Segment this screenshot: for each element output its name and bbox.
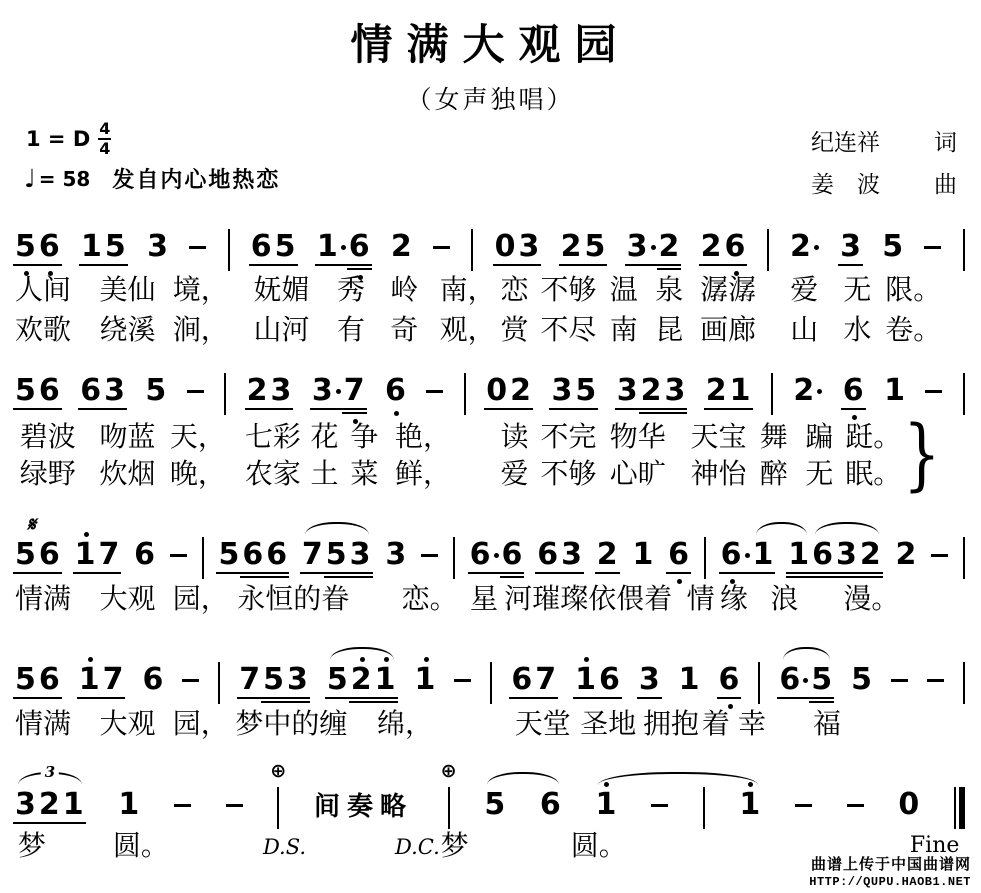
beam-underline <box>639 412 664 414</box>
note: 1 <box>118 790 139 820</box>
beam-underline <box>216 572 241 574</box>
note-number: 6 <box>39 665 60 695</box>
beat-group <box>651 790 668 807</box>
lyric-row: 情满大观园，永恒的眷恋。星河璀璨依偎着情缘浪漫。 <box>15 585 965 617</box>
barline <box>703 787 705 829</box>
beat-group: 2 <box>391 232 412 262</box>
note-number: 6 <box>385 376 406 406</box>
lyric-syllable: 着 <box>702 710 730 738</box>
duration-dash <box>891 679 908 682</box>
lyricist-name: 纪连祥 <box>811 124 880 157</box>
note-number: 1 <box>679 665 700 695</box>
duration-dash <box>170 554 187 557</box>
beat-group: 2 <box>896 540 917 570</box>
barline <box>228 229 230 271</box>
barline <box>464 373 466 415</box>
lyric-syllable: 情 <box>687 585 715 613</box>
note-number: 3 <box>551 376 572 406</box>
composer-row: 姜 波 曲 <box>811 166 957 199</box>
beam-underline <box>834 572 859 574</box>
duration-dash <box>182 679 199 682</box>
lyric-syllable: 梦 <box>18 832 46 860</box>
beat-group: 6 <box>142 665 163 695</box>
beat-group: 321 <box>15 790 84 820</box>
beat-group: 323 <box>617 376 686 406</box>
octave-dot-below <box>394 411 399 416</box>
beat-group: 753 <box>239 665 308 695</box>
beat-group: 26 <box>701 232 746 262</box>
duration-dash <box>651 804 668 807</box>
beat-group: 32 <box>627 232 680 262</box>
beat-group <box>924 232 941 249</box>
beam-underline <box>509 697 534 699</box>
note: 2 <box>860 540 881 570</box>
note: 1 <box>679 665 700 695</box>
lyric-syllable: 情满 <box>15 585 71 613</box>
note-number: 5 <box>275 232 296 262</box>
lyric-syllable: 美仙 <box>100 276 156 304</box>
note-number: 1 <box>415 665 436 695</box>
note-number: 1 <box>75 540 96 570</box>
lyric-syllable: 七彩 <box>245 423 301 451</box>
beam-underline <box>717 697 742 699</box>
beam-underline <box>245 408 270 410</box>
sheet-music-page: 情满大观园 （女声独唱） 1 = D 4 4 ♩ = 58 发自内心地热恋 纪连… <box>0 0 981 893</box>
octave-dot-below <box>677 579 682 584</box>
beam-underline <box>719 572 752 574</box>
lyric-syllable: 物华 <box>610 423 666 451</box>
note-number: 6 <box>812 540 833 570</box>
note-number: 6 <box>242 540 263 570</box>
beam-underline <box>237 697 262 699</box>
lyric-syllable: 山河 <box>253 316 309 344</box>
beam-underline <box>240 576 265 578</box>
beat-group: 6 <box>719 665 740 695</box>
lyric-syllable: 山 <box>790 316 818 344</box>
augmentation-dot <box>745 553 750 558</box>
beat-group: 3 <box>840 232 861 262</box>
beat-group: 16 <box>317 232 370 262</box>
beat-group: 6 <box>540 790 561 820</box>
note-number: 3 <box>287 665 308 695</box>
lyric-syllable: 观， <box>440 316 496 344</box>
beat-group: 1 <box>679 665 700 695</box>
note-number: 6 <box>142 665 163 695</box>
beam-underline <box>273 264 298 266</box>
lyric-syllable: 潺潺 <box>700 276 756 304</box>
note-number: 7 <box>98 540 119 570</box>
note: 6 <box>537 540 558 570</box>
beat-group: 3 <box>639 665 660 695</box>
beat-group: 1632 <box>788 540 881 570</box>
beat-group: 2 <box>793 376 822 406</box>
beam-underline <box>13 264 38 266</box>
beat-group <box>758 665 760 704</box>
lyric-syllable: 跹。 <box>845 423 901 451</box>
duration-dash <box>174 804 191 807</box>
lyric-syllable: 赏 <box>500 316 528 344</box>
note-number: 2 <box>510 376 531 406</box>
lyric-syllable: 不够 <box>540 460 596 488</box>
beam-underline <box>777 697 810 699</box>
beam-underline <box>73 572 98 574</box>
note: 3 <box>627 232 656 262</box>
note: 6 <box>385 376 406 406</box>
lyric-syllable: D.C. <box>395 832 440 858</box>
note: 6 <box>668 540 689 570</box>
duration-dash <box>795 804 812 807</box>
time-signature-bottom: 4 <box>99 141 110 157</box>
beam-underline <box>269 408 294 410</box>
note-number: 2 <box>561 232 582 262</box>
note: 2 <box>39 790 60 820</box>
music-system-1: 561536516203253226235人间美仙境，妩媚秀岭南，恋不够温泉潺潺… <box>15 232 965 278</box>
beam-underline <box>13 408 38 410</box>
beat-group <box>963 376 965 415</box>
duration-dash <box>189 246 206 249</box>
note-number: 3 <box>639 665 660 695</box>
note: 6 <box>39 376 60 406</box>
augmentation-dot <box>494 553 499 558</box>
beam-underline <box>285 701 310 703</box>
lyric-syllable: 天， <box>170 423 226 451</box>
beat-group <box>703 790 705 829</box>
octave-dot-above <box>88 657 93 662</box>
beat-group: 56 <box>15 232 60 262</box>
note-number: 6 <box>721 540 742 570</box>
lyric-syllable: 大观 <box>100 710 156 738</box>
duration-dash <box>925 390 942 393</box>
note-number: 2 <box>247 376 268 406</box>
barline <box>767 229 769 271</box>
note-number: 5 <box>575 376 596 406</box>
note-number: 3 <box>104 376 125 406</box>
note: 2 <box>561 232 582 262</box>
note-number: 6 <box>725 232 746 262</box>
lyric-syllable: 天宝 <box>690 423 746 451</box>
beat-group: 17 <box>79 665 124 695</box>
note-number: 2 <box>790 232 811 262</box>
beat-group <box>471 232 473 271</box>
beam-underline <box>500 572 525 574</box>
note: 1 <box>79 665 100 695</box>
note: 6 <box>134 540 155 570</box>
lyric-syllable: 绿野 <box>20 460 76 488</box>
barline <box>758 662 760 704</box>
note: 2 <box>510 376 531 406</box>
beam-underline <box>324 572 349 574</box>
note: 1 <box>375 665 396 695</box>
note: 1 <box>753 540 774 570</box>
note-number: 6 <box>134 540 155 570</box>
note-number: 3 <box>627 232 648 262</box>
beat-group: 37 <box>312 376 365 406</box>
note: 3 <box>551 376 572 406</box>
key-label: 1 = D <box>26 127 90 151</box>
slur <box>305 522 369 535</box>
note: 5 <box>851 665 872 695</box>
beat-group: ⊕ <box>448 790 450 829</box>
note: 3 <box>15 790 36 820</box>
key-signature: 1 = D 4 4 <box>26 121 111 158</box>
beat-group <box>170 540 187 557</box>
barline <box>453 537 455 579</box>
barline <box>771 373 773 415</box>
watermark-site-name: 曲谱上传于中国曲谱网 <box>811 853 971 874</box>
beam-underline <box>77 697 102 699</box>
beat-group <box>182 665 199 682</box>
beam-underline <box>310 408 343 410</box>
note-number: 6 <box>668 540 689 570</box>
beat-group <box>767 232 769 271</box>
lyric-syllable: 浪 <box>770 585 798 613</box>
note-number: 6 <box>39 376 60 406</box>
note: 6 <box>80 376 101 406</box>
note: 1 <box>75 540 96 570</box>
slur <box>330 647 394 660</box>
note-number: 5 <box>15 376 36 406</box>
beam-underline <box>37 572 62 574</box>
lyric-syllable: 鲜， <box>395 460 451 488</box>
beat-group: 03 <box>495 232 540 262</box>
lyric-row: 情满大观园，梦中的缠绵，天堂圣地拥抱着幸福 <box>15 710 965 742</box>
beat-group: 3 <box>147 232 168 262</box>
lyric-syllable: 星 <box>470 585 498 613</box>
beat-group: 63 <box>537 540 582 570</box>
beam-underline <box>348 572 373 574</box>
note: 1 <box>632 540 653 570</box>
beat-group: 1 <box>632 540 653 570</box>
lyric-syllable: 圣地 <box>580 710 636 738</box>
lyric-row: 欢歌绕溪涧，山河有奇观，赏不尽南昆画廊山水卷。 <box>15 316 965 348</box>
note-number: 6 <box>80 376 101 406</box>
note: 6 <box>39 232 60 262</box>
beam-underline <box>573 408 598 410</box>
beam-underline <box>348 576 373 578</box>
lyric-syllable: 限。 <box>885 276 941 304</box>
note: 5 <box>145 376 166 406</box>
note: 3 <box>518 232 539 262</box>
lyric-syllable: 昆 <box>655 316 683 344</box>
lyric-syllable: 幸 <box>738 710 766 738</box>
beat-group: 2 <box>790 232 819 262</box>
verse-brace: } <box>903 416 940 494</box>
note: 2 <box>351 665 372 695</box>
lyric-syllable: 菜 <box>350 460 378 488</box>
note: 3 <box>147 232 168 262</box>
note-number: 1 <box>739 790 760 820</box>
beam-underline <box>858 576 883 578</box>
beat-group: 35 <box>551 376 596 406</box>
lyric-syllable: 圆。 <box>113 832 169 860</box>
beam-underline <box>723 264 748 266</box>
lyric-syllable: 碧波 <box>20 423 76 451</box>
beat-group: 56 <box>15 665 60 695</box>
tuplet-number: 3 <box>41 763 59 781</box>
lyric-syllable: 心旷 <box>610 460 666 488</box>
note: 7 <box>344 376 365 406</box>
beat-group <box>426 376 443 393</box>
note: 5 <box>484 790 505 820</box>
octave-dot-above <box>84 532 89 537</box>
note-number: 6 <box>719 665 740 695</box>
note: 7 <box>535 665 556 695</box>
lyric-syllable: 缘 <box>720 585 748 613</box>
beam-underline <box>13 822 38 824</box>
beam-underline <box>101 697 126 699</box>
note: 3 <box>312 376 341 406</box>
slur <box>756 522 807 535</box>
note: 7 <box>302 540 323 570</box>
slur <box>815 522 879 535</box>
note-number: 0 <box>495 232 516 262</box>
beat-group: 753 <box>302 540 371 570</box>
note: 5 <box>263 665 284 695</box>
note-number: 3 <box>840 232 861 262</box>
lyric-syllable: 涧， <box>173 316 229 344</box>
lyric-syllable: 水 <box>843 316 871 344</box>
lyric-syllable: 无 <box>843 276 871 304</box>
beam-underline <box>559 264 584 266</box>
lyric-syllable: 读 <box>500 423 528 451</box>
note-number: 2 <box>793 376 814 406</box>
lyric-syllable: 晚， <box>170 460 226 488</box>
augmentation-dot <box>817 389 822 394</box>
octave-dot-above <box>424 657 429 662</box>
beam-underline <box>468 572 501 574</box>
barline <box>490 662 492 704</box>
note-number: 5 <box>15 665 36 695</box>
lyric-syllable: 温 <box>610 276 638 304</box>
thin-bar <box>954 787 956 829</box>
lyric-syllable: 恋 <box>500 276 528 304</box>
note: 6 <box>540 790 561 820</box>
note: 2 <box>659 232 680 262</box>
note-number: 3 <box>15 790 36 820</box>
beam-underline <box>373 701 398 703</box>
note: 5 <box>327 665 348 695</box>
beat-group: 5 <box>484 790 505 820</box>
note-number: 2 <box>860 540 881 570</box>
beat-group: 17 <box>75 540 120 570</box>
augmentation-dot <box>803 678 808 683</box>
beat-group: 21 <box>706 376 751 406</box>
beat-group: 63 <box>80 376 125 406</box>
lyric-syllable: 蹁 <box>805 423 833 451</box>
note: 6 <box>142 665 163 695</box>
beat-group <box>771 376 773 415</box>
notes-row: 5617675352116716316655 <box>15 665 965 711</box>
note-number: 1 <box>79 665 100 695</box>
note: 5 <box>105 232 126 262</box>
beat-group <box>433 232 450 249</box>
beam-underline <box>662 408 687 410</box>
beat-group: 56 <box>15 540 60 570</box>
beam-underline <box>657 264 682 266</box>
note-number: 6 <box>349 232 370 262</box>
note-number: 6 <box>251 232 272 262</box>
beam-underline <box>285 697 310 699</box>
note-number: 1 <box>632 540 653 570</box>
lyric-syllable: 花 <box>310 423 338 451</box>
beat-group: 02 <box>486 376 531 406</box>
note: 6 <box>812 540 833 570</box>
beam-underline <box>549 408 574 410</box>
lyric-syllable: 梦中的缠 <box>235 710 347 738</box>
note: 3 <box>287 665 308 695</box>
note-number: 2 <box>351 665 372 695</box>
beam-underline <box>573 697 598 699</box>
note-number: 6 <box>779 665 800 695</box>
note-number: 6 <box>502 540 523 570</box>
duration-dash <box>847 804 864 807</box>
note: 2 <box>641 376 662 406</box>
lyric-syllable: 园， <box>173 710 229 738</box>
lyricist-role: 词 <box>934 124 957 157</box>
lyric-syllable: 永恒的眷 <box>237 585 349 613</box>
beat-group: 5 <box>145 376 166 406</box>
final-barline <box>954 787 965 829</box>
beam-underline <box>615 408 640 410</box>
beam-underline <box>834 576 859 578</box>
lyric-syllable: 南， <box>440 276 496 304</box>
note: 6 <box>725 232 746 262</box>
beat-group <box>963 540 965 579</box>
note: 2 <box>597 540 618 570</box>
beat-group <box>891 665 908 682</box>
note-number: 1 <box>63 790 84 820</box>
tempo-value: = 58 <box>39 167 91 191</box>
beat-group: ⊕ <box>277 790 279 829</box>
barline <box>471 229 473 271</box>
beam-underline <box>657 268 682 270</box>
note: 3 <box>561 540 582 570</box>
note: 2 <box>706 376 727 406</box>
beam-underline <box>264 576 289 578</box>
lyric-syllable: 无 <box>805 460 833 488</box>
note-number: 1 <box>375 665 396 695</box>
lyric-syllable: 大观 <box>100 585 156 613</box>
lyric-syllable: 不尽 <box>540 316 596 344</box>
note-number: 0 <box>486 376 507 406</box>
beat-group <box>963 232 965 271</box>
beam-underline <box>637 697 662 699</box>
beat-group: 5 <box>851 665 872 695</box>
notes-row: 5663523376023532321261 <box>15 376 965 422</box>
beam-underline <box>704 408 729 410</box>
lyric-row: 碧波吻蓝天，七彩花争艳，读不完物华天宝舞蹁跹。 <box>15 423 965 455</box>
note-number: 2 <box>39 790 60 820</box>
segno-icon: 𝄋 <box>27 512 36 536</box>
beam-underline <box>751 572 776 574</box>
lyric-syllable: 泉 <box>655 276 683 304</box>
note-number: 5 <box>105 232 126 262</box>
duration-dash <box>426 390 443 393</box>
note-number: 2 <box>896 540 917 570</box>
coda-icon: ⊕ <box>270 760 286 782</box>
song-title: 情满大观园 <box>0 12 981 72</box>
slur <box>487 772 559 785</box>
beam-underline <box>324 576 349 578</box>
note: 0 <box>898 790 919 820</box>
composer-role: 曲 <box>934 166 957 199</box>
beam-underline <box>37 408 62 410</box>
coda-barline: ⊕ <box>277 787 279 829</box>
lyric-syllable: 不够 <box>540 276 596 304</box>
lyric-syllable: 土 <box>310 460 338 488</box>
note: 6 <box>251 232 272 262</box>
beam-underline <box>500 576 525 578</box>
